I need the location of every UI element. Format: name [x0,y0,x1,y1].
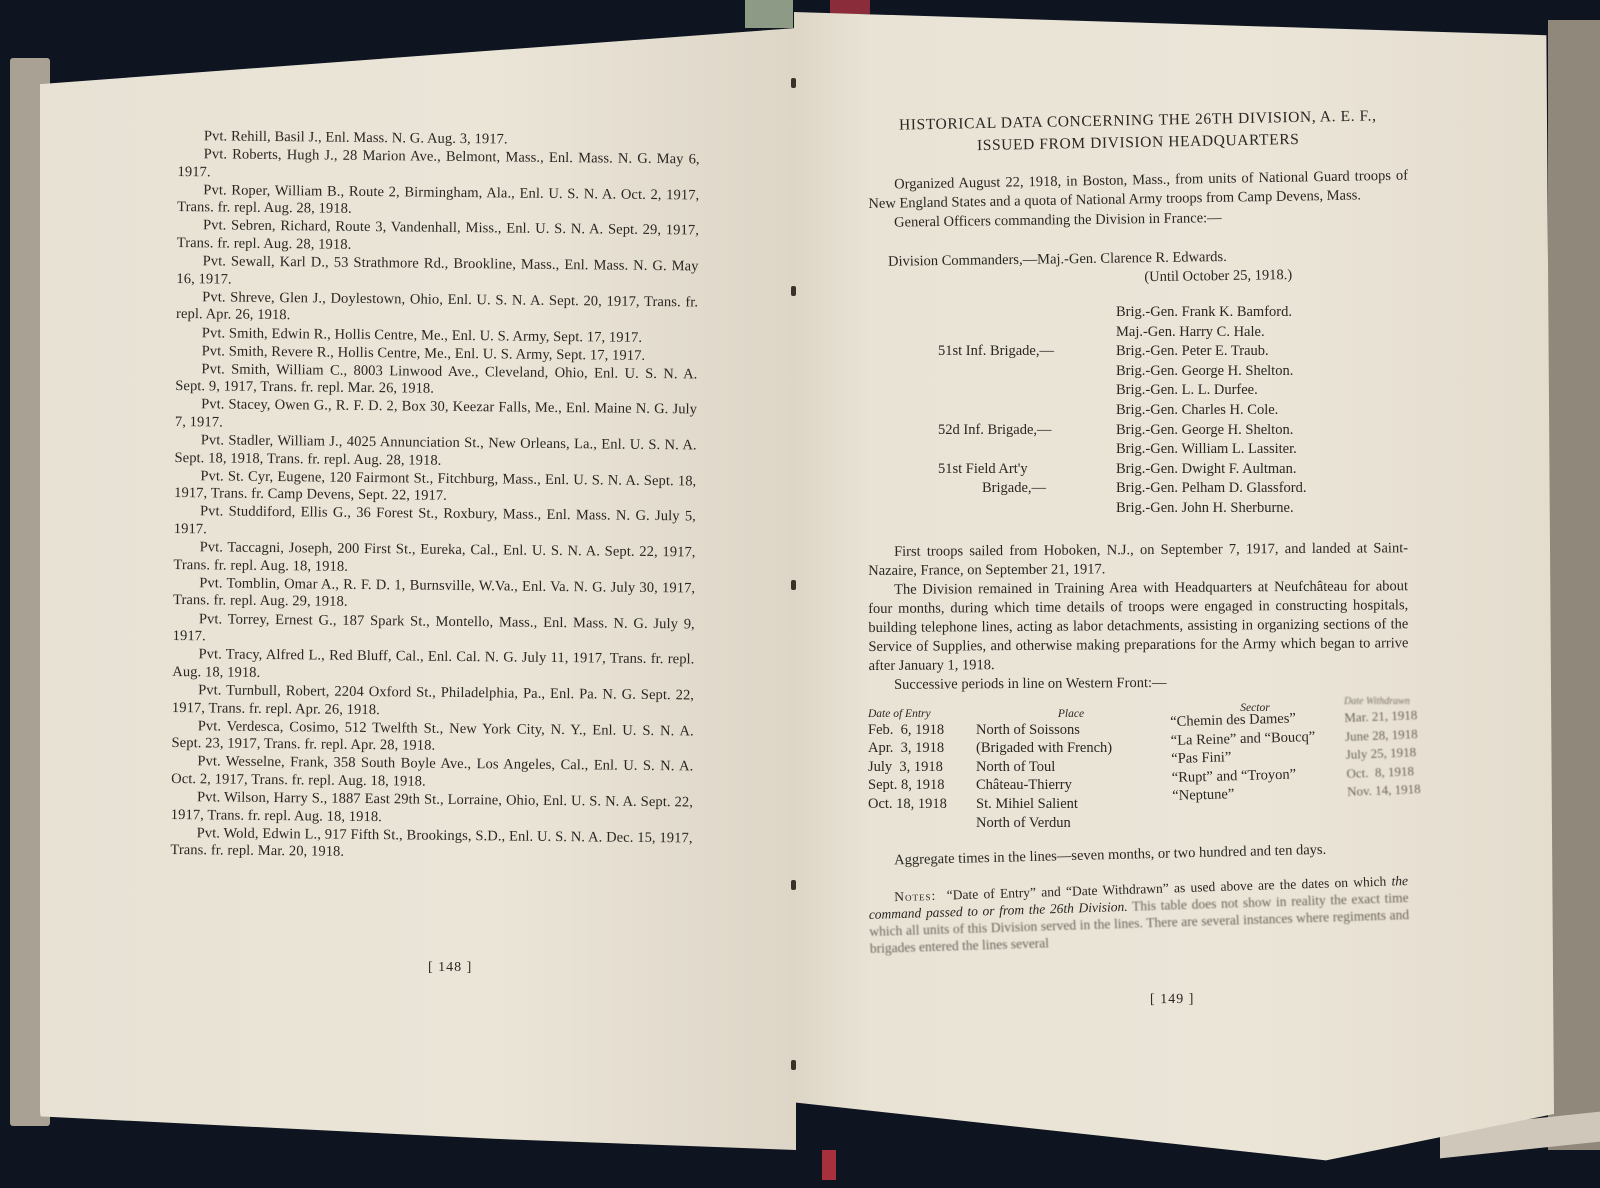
table-cell: July 25, 1918 [1345,743,1426,765]
roster-entry: Pvt. Roberts, Hugh J., 28 Marion Ave., B… [177,146,699,187]
roster-entry: Pvt. Torrey, Ernest G., 187 Spark St., M… [173,611,695,652]
roster-entry: Pvt. Roper, William B., Route 2, Birming… [177,182,699,223]
header-place: Place [976,707,1166,721]
table-cell: “Neptune” [1172,782,1342,805]
brigade-officers: Brig.-Gen. Dwight F. Aultman. Brig.-Gen.… [1108,460,1408,519]
historical-data-section: HISTORICAL DATA CONCERNING THE 26TH DIVI… [868,110,1408,957]
column-sector: “Chemin des Dames” “La Reine” and “Boucq… [1170,708,1343,832]
brigade-officers: Brig.-Gen. Charles H. Cole. Brig.-Gen. G… [1108,401,1408,460]
bookmark-ribbon-red-end [822,1150,836,1180]
officer-name: Brig.-Gen. Frank K. Bamford. [1116,303,1408,323]
table-cell: St. Mihiel Salient [976,795,1166,814]
brigade-label: 51st Inf. Brigade,— [868,303,1108,401]
officer-name: Maj.-Gen. Harry C. Hale. [1116,323,1408,343]
table-cell: Nov. 14, 1918 [1347,780,1428,802]
roster-entry: Pvt. Studdiford, Ellis G., 36 Forest St.… [174,503,696,544]
binding-stitch [791,580,796,590]
page-title: HISTORICAL DATA CONCERNING THE 26TH DIVI… [868,105,1409,159]
brigade-label-line: Brigade,— [938,479,1108,499]
officer-name: Brig.-Gen. Charles H. Cole. [1116,401,1408,421]
roster-entry: Pvt. Wold, Edwin L., 917 Fifth St., Broo… [170,825,692,866]
roster-entry: Pvt. Tomblin, Omar A., R. F. D. 1, Burns… [173,575,695,616]
book-cover-right [1548,20,1600,1150]
roster-entry: Pvt. Sebren, Richard, Route 3, Vandenhal… [177,217,699,258]
brigade-officers: Brig.-Gen. Frank K. Bamford. Maj.-Gen. H… [1108,303,1408,401]
notes-paragraph: Notes: “Date of Entry” and “Date Withdra… [868,872,1410,957]
header-date-of-entry: Date of Entry [868,707,972,721]
table-cell: Sept. 8, 1918 [868,776,972,795]
binding-stitch [791,286,796,296]
officer-name: Brig.-Gen. Pelham D. Glassford. [1116,479,1408,499]
roster-entry: Pvt. Verdesca, Cosimo, 512 Twelfth St., … [171,718,693,759]
page-number-left: [ 148 ] [428,960,472,976]
bookmark-ribbon-green [745,0,793,28]
officer-name: Brig.-Gen. Peter E. Traub. [1116,342,1408,362]
table-cell: North of Soissons [976,721,1166,740]
page-number-right: [ 149 ] [1150,992,1194,1008]
bookmark-ribbon-red [830,0,870,14]
roster-entry: Pvt. Turnbull, Robert, 2204 Oxford St., … [172,682,694,723]
brigade-label-line: 51st Field Art'y [938,460,1108,480]
table-cell: Oct. 18, 1918 [868,795,972,814]
roster-entry: Pvt. Tracy, Alfred L., Red Bluff, Cal., … [172,646,694,687]
officer-name: Brig.-Gen. L. L. Durfee. [1116,381,1408,401]
binding-stitch [791,880,796,890]
roster-list: Pvt. Rehill, Basil J., Enl. Mass. N. G. … [170,128,700,866]
column-date-withdrawn: Mar. 21, 1918 June 28, 1918 July 25, 191… [1344,705,1429,832]
table-cell: North of Toul [976,758,1166,777]
brigade-label: 51st Field Art'y Brigade,— [868,460,1108,519]
roster-entry: Pvt. Stadler, William J., 4025 Annunciat… [174,432,696,473]
roster-entry: Pvt. Wesselne, Frank, 358 South Boyle Av… [171,753,693,794]
binding-stitch [791,78,796,88]
officer-name: Brig.-Gen. Dwight F. Aultman. [1116,460,1408,480]
table-cell: (Brigaded with French) [976,739,1166,758]
roster-entry: Pvt. Taccagni, Joseph, 200 First St., Eu… [173,539,695,580]
training-paragraph: The Division remained in Training Area w… [868,577,1409,676]
table-cell: Apr. 3, 1918 [868,739,972,758]
notes-label: Notes: [894,888,936,904]
table-cell: Château-Thierry [976,776,1166,795]
table-cell: Feb. 6, 1918 [868,721,972,740]
column-date-of-entry: Feb. 6, 1918 Apr. 3, 1918 July 3, 1918 S… [868,721,972,833]
table-cell: June 28, 1918 [1345,724,1426,746]
roster-entry: Pvt. Sewall, Karl D., 53 Strathmore Rd.,… [176,253,698,294]
brigade-commanders: 51st Inf. Brigade,— Brig.-Gen. Frank K. … [868,303,1408,519]
table-cell: North of Verdun [976,814,1166,833]
officer-name: Brig.-Gen. John H. Sherburne. [1116,499,1408,519]
roster-entry: Pvt. Wilson, Harry S., 1887 East 29th St… [171,789,693,830]
brigade-label: 52d Inf. Brigade,— [868,401,1108,460]
successive-periods-heading: Successive periods in line on Western Fr… [868,672,1408,695]
officer-name: Brig.-Gen. William L. Lassiter. [1116,440,1408,460]
division-commanders: Division Commanders,—Maj.-Gen. Clarence … [868,245,1408,291]
roster-entry: Pvt. St. Cyr, Eugene, 120 Fairmont St., … [174,468,696,509]
officer-name: Brig.-Gen. George H. Shelton. [1116,421,1408,441]
roster-entry: Pvt. Shreve, Glen J., Doylestown, Ohio, … [176,289,698,330]
binding-stitch [791,1060,796,1070]
roster-entry: Pvt. Smith, William C., 8003 Linwood Ave… [175,361,697,402]
table-cell: July 3, 1918 [868,758,972,777]
table-cell: Mar. 21, 1918 [1344,705,1425,727]
western-front-table: Date of Entry Place Sector Date Withdraw… [868,707,1408,833]
sailed-paragraph: First troops sailed from Hoboken, N.J., … [868,539,1408,581]
officer-name: Brig.-Gen. George H. Shelton. [1116,362,1408,382]
roster-entry: Pvt. Stacey, Owen G., R. F. D. 2, Box 30… [175,396,697,437]
aggregate-paragraph: Aggregate times in the lines—seven month… [868,839,1408,871]
column-place: North of Soissons (Brigaded with French)… [976,721,1166,833]
table-cell: Oct. 8, 1918 [1346,761,1427,783]
